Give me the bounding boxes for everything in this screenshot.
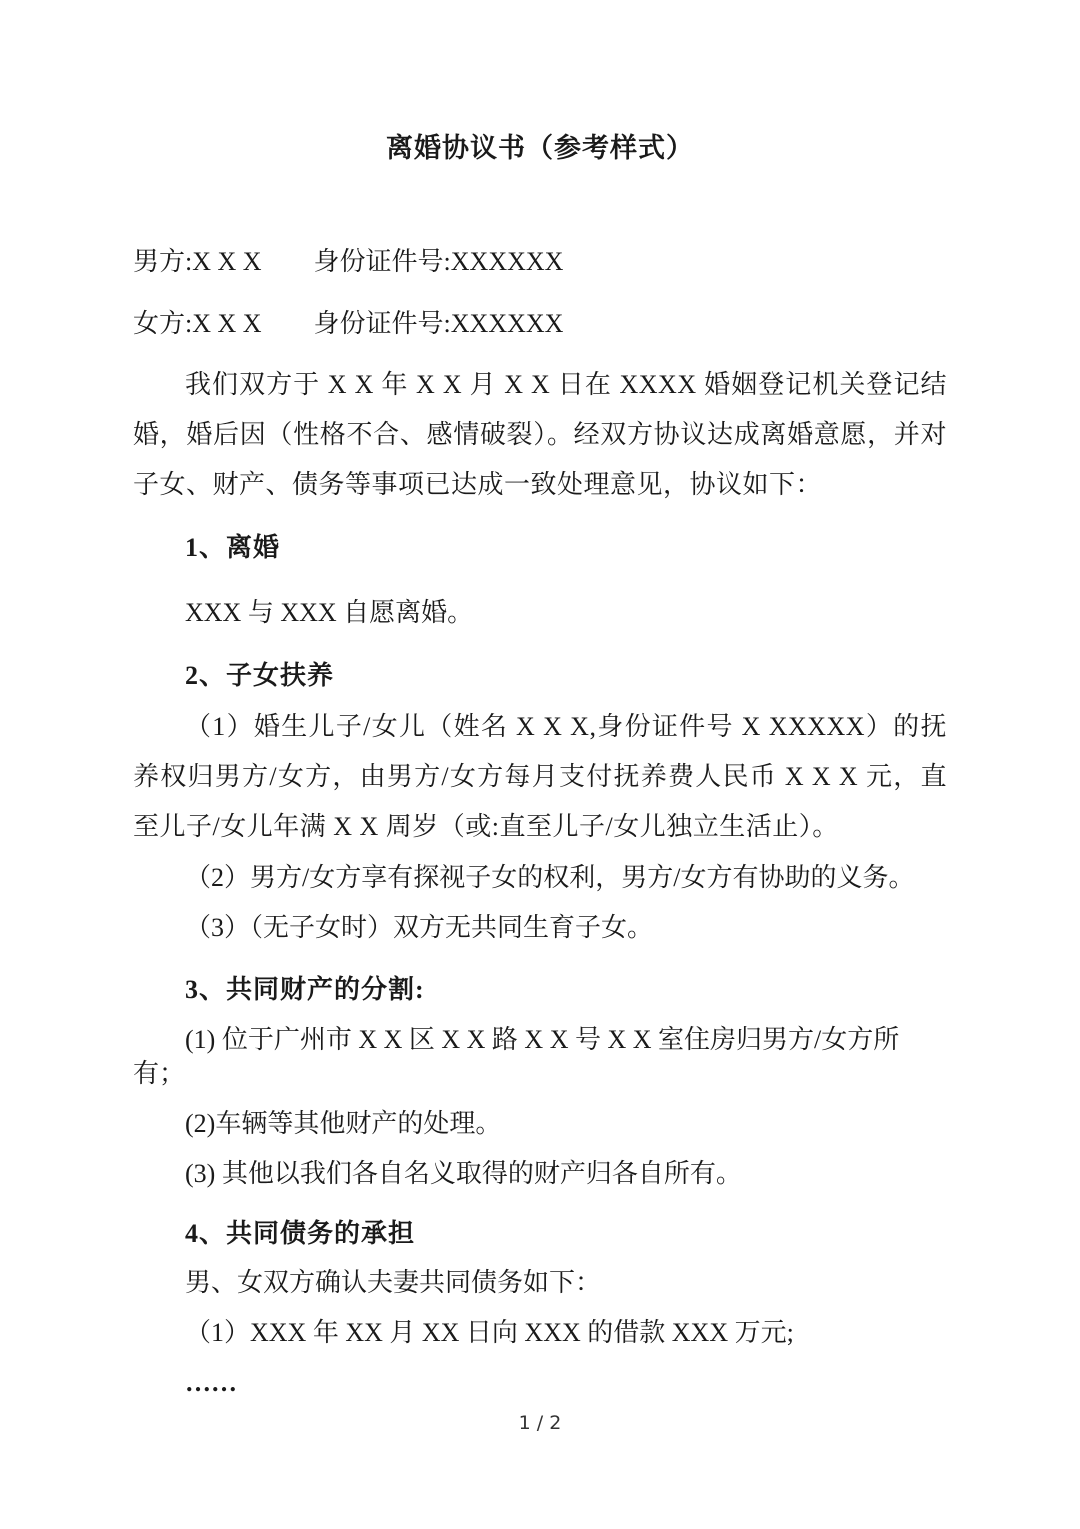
section-3-item-2: (2)车辆等其他财产的处理。 [133, 1107, 947, 1141]
female-party-line: 女方:X X X 身份证件号:XXXXXX [133, 307, 947, 341]
section-3-heading: 3、共同财产的分割: [133, 972, 947, 1008]
section-2-item-3: （3）（无子女时）双方无共同生育子女。 [133, 911, 947, 945]
section-2-item-1: （1）婚生儿子/女儿（姓名 X X X,身份证件号 X XXXXX）的抚养权归男… [133, 702, 947, 852]
section-2-item-2: （2）男方/女方享有探视子女的权利，男方/女方有协助的义务。 [133, 861, 947, 895]
section-1-heading: 1、离婚 [133, 530, 947, 566]
male-party-line: 男方:X X X 身份证件号:XXXXXX [133, 245, 947, 279]
document-title: 离婚协议书（参考样式） [133, 130, 947, 166]
section-4-ellipsis: …… [133, 1366, 947, 1400]
section-3-item-3: (3) 其他以我们各自名义取得的财产归各自所有。 [133, 1157, 947, 1191]
section-2-heading: 2、子女扶养 [133, 658, 947, 694]
section-1-item-1: XXX 与 XXX 自愿离婚。 [133, 596, 947, 630]
section-4-item-1: 男、女双方确认夫妻共同债务如下： [133, 1266, 947, 1300]
section-3-item-1: (1) 位于广州市 X X 区 X X 路 X X 号 X X 室住房归男方/女… [133, 1023, 947, 1091]
section-4-item-2: （1）XXX 年 XX 月 XX 日向 XXX 的借款 XXX 万元; [133, 1316, 947, 1350]
section-4-heading: 4、共同债务的承担 [133, 1216, 947, 1252]
intro-paragraph: 我们双方于 X X 年 X X 月 X X 日在 XXXX 婚姻登记机关登记结婚… [133, 360, 947, 510]
page-number: 1 / 2 [0, 1408, 1080, 1438]
document-page: 离婚协议书（参考样式） 男方:X X X 身份证件号:XXXXXX 女方:X X… [0, 0, 1080, 1529]
